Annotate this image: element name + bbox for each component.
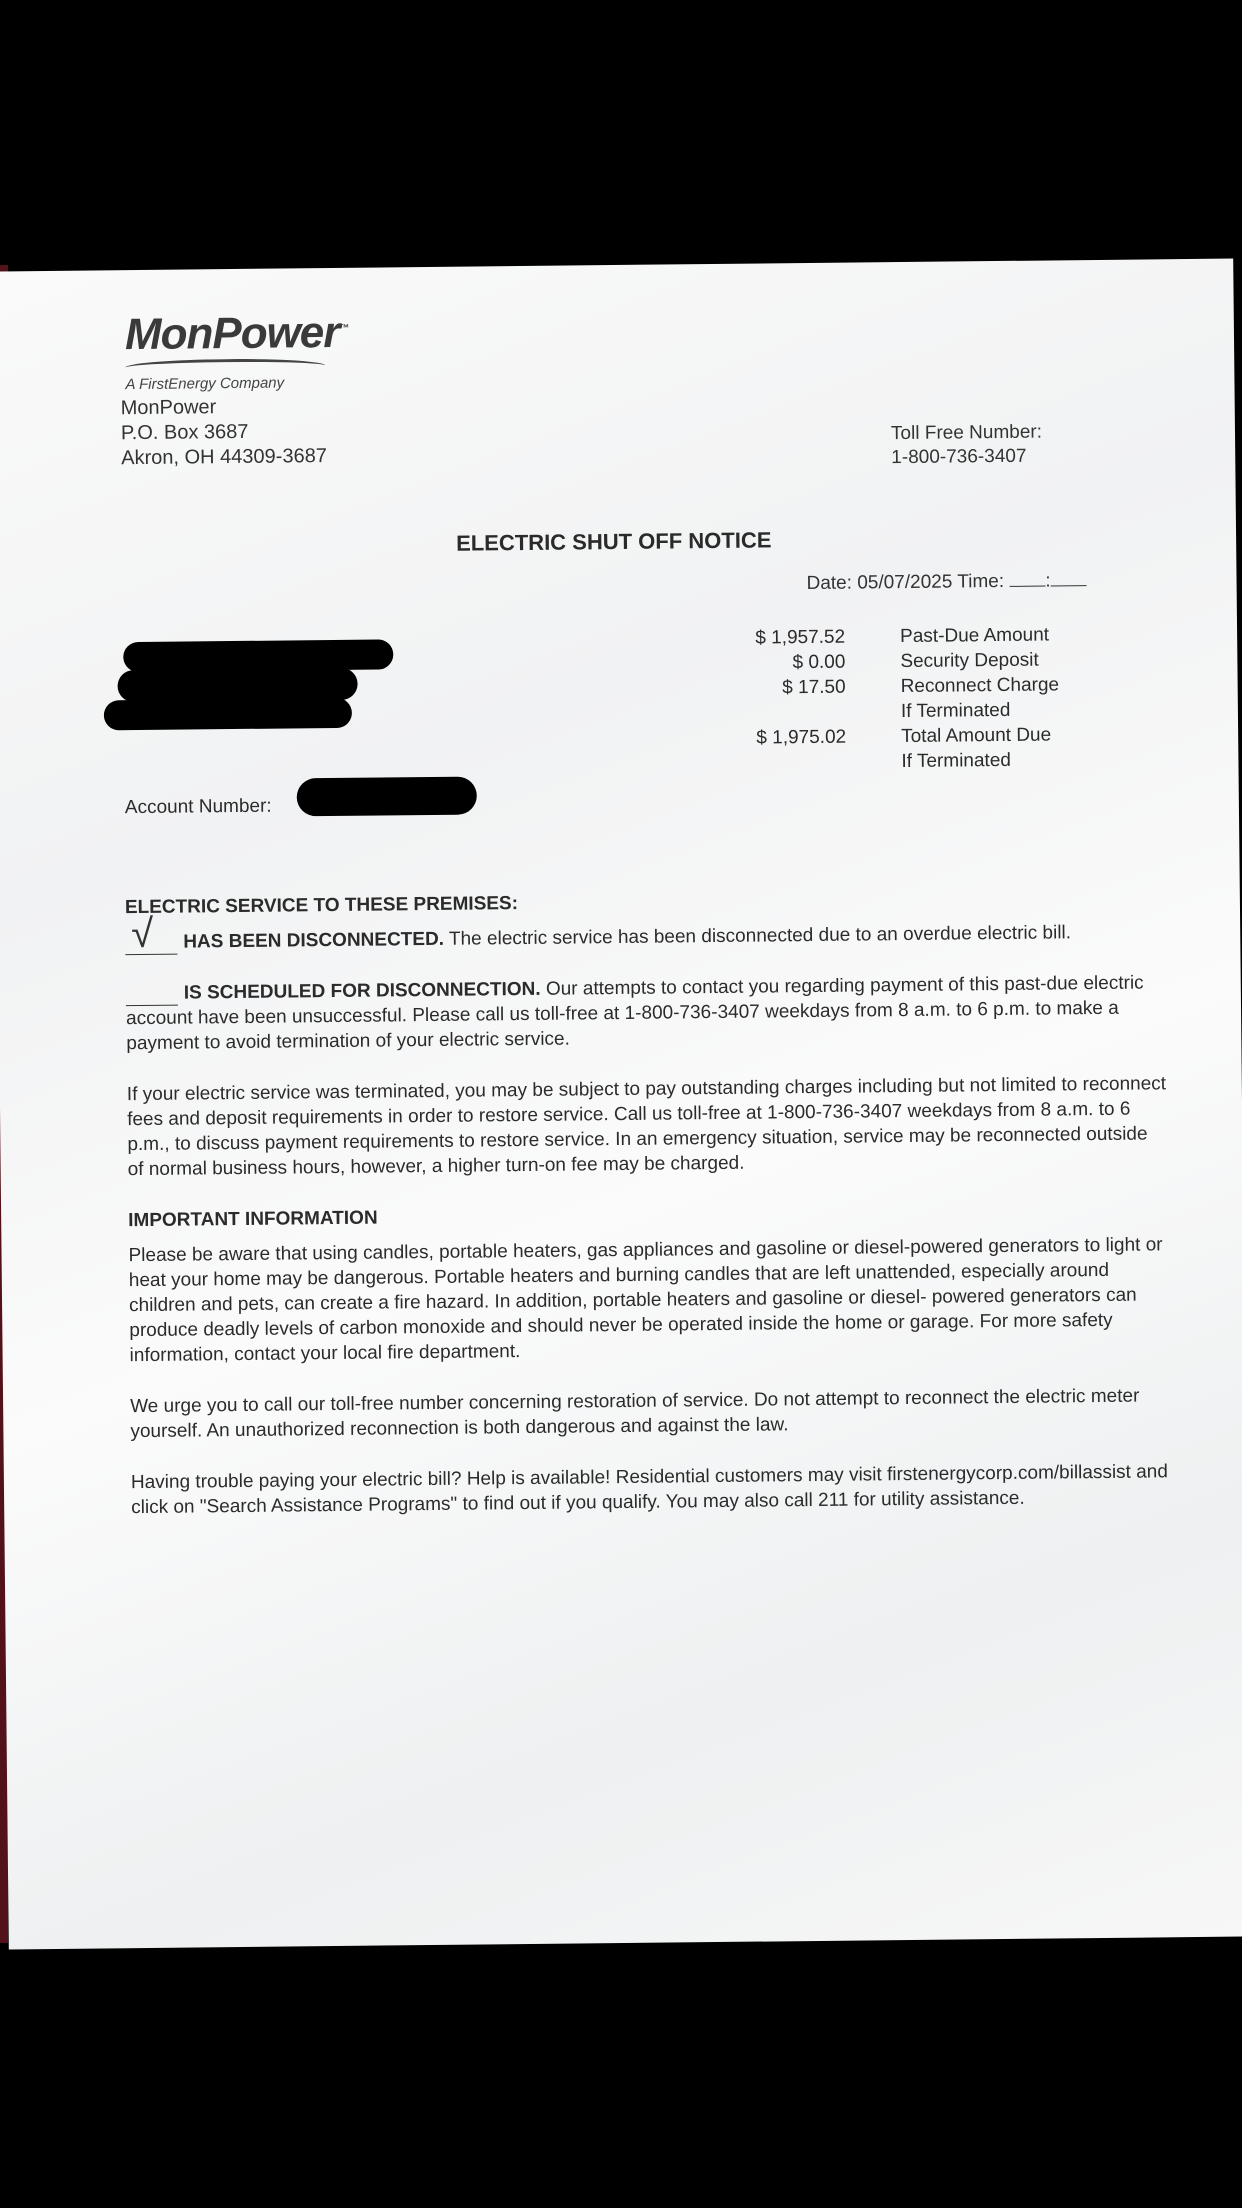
urge-paragraph: We urge you to call our toll-free number… bbox=[130, 1383, 1170, 1444]
amount-row: $ 0.00Security Deposit bbox=[715, 647, 1059, 676]
company-tagline: A FirstEnergy Company bbox=[125, 374, 284, 393]
monpower-logo: MonPower™ bbox=[125, 308, 349, 360]
amount-row: $ 17.50Reconnect Charge bbox=[716, 672, 1060, 701]
amount-row: $ 1,957.52Past-Due Amount bbox=[715, 622, 1059, 651]
terminated-paragraph: If your electric service was terminated,… bbox=[127, 1071, 1168, 1182]
redacted-account-number bbox=[297, 776, 477, 816]
company-address: MonPower P.O. Box 3687 Akron, OH 44309-3… bbox=[121, 394, 327, 471]
notice-date: 05/07/2025 bbox=[857, 572, 952, 594]
time-minute-blank bbox=[1051, 585, 1087, 586]
redacted-address-line-2 bbox=[104, 698, 352, 731]
logo-swoosh bbox=[125, 358, 325, 375]
amount-row: If Terminated bbox=[716, 747, 1060, 776]
shut-off-notice-letter: MonPower™ A FirstEnergy Company MonPower… bbox=[0, 259, 1242, 1950]
disconnected-checkbox: √ bbox=[125, 954, 177, 956]
notice-body: ELECTRIC SERVICE TO THESE PREMISES: √HAS… bbox=[125, 884, 1172, 1546]
assistance-paragraph: Having trouble paying your electric bill… bbox=[131, 1459, 1171, 1520]
toll-free-number: 1-800-736-3407 bbox=[891, 445, 1042, 471]
option-scheduled: IS SCHEDULED FOR DISCONNECTION. Our atte… bbox=[126, 970, 1167, 1056]
safety-paragraph: Please be aware that using candles, port… bbox=[128, 1232, 1169, 1368]
important-heading: IMPORTANT INFORMATION bbox=[128, 1197, 1168, 1233]
check-mark-icon: √ bbox=[131, 914, 153, 954]
amount-row: $ 1,975.02Total Amount Due bbox=[716, 722, 1060, 751]
toll-free-block: Toll Free Number: 1-800-736-3407 bbox=[891, 421, 1042, 471]
date-line: Date: 05/07/2025 Time: : bbox=[806, 570, 1086, 595]
notice-title: ELECTRIC SHUT OFF NOTICE bbox=[456, 527, 772, 556]
scheduled-checkbox bbox=[126, 1005, 178, 1007]
service-heading: ELECTRIC SERVICE TO THESE PREMISES: bbox=[125, 884, 1165, 920]
option-disconnected: √HAS BEEN DISCONNECTED. The electric ser… bbox=[125, 919, 1165, 955]
amount-row: If Terminated bbox=[716, 697, 1060, 726]
redacted-name bbox=[123, 639, 393, 672]
redacted-address-line bbox=[117, 668, 357, 703]
time-hour-blank bbox=[1009, 586, 1045, 587]
account-number: Account Number: bbox=[125, 796, 272, 820]
amounts-table: $ 1,957.52Past-Due Amount $ 0.00Security… bbox=[715, 622, 1060, 776]
